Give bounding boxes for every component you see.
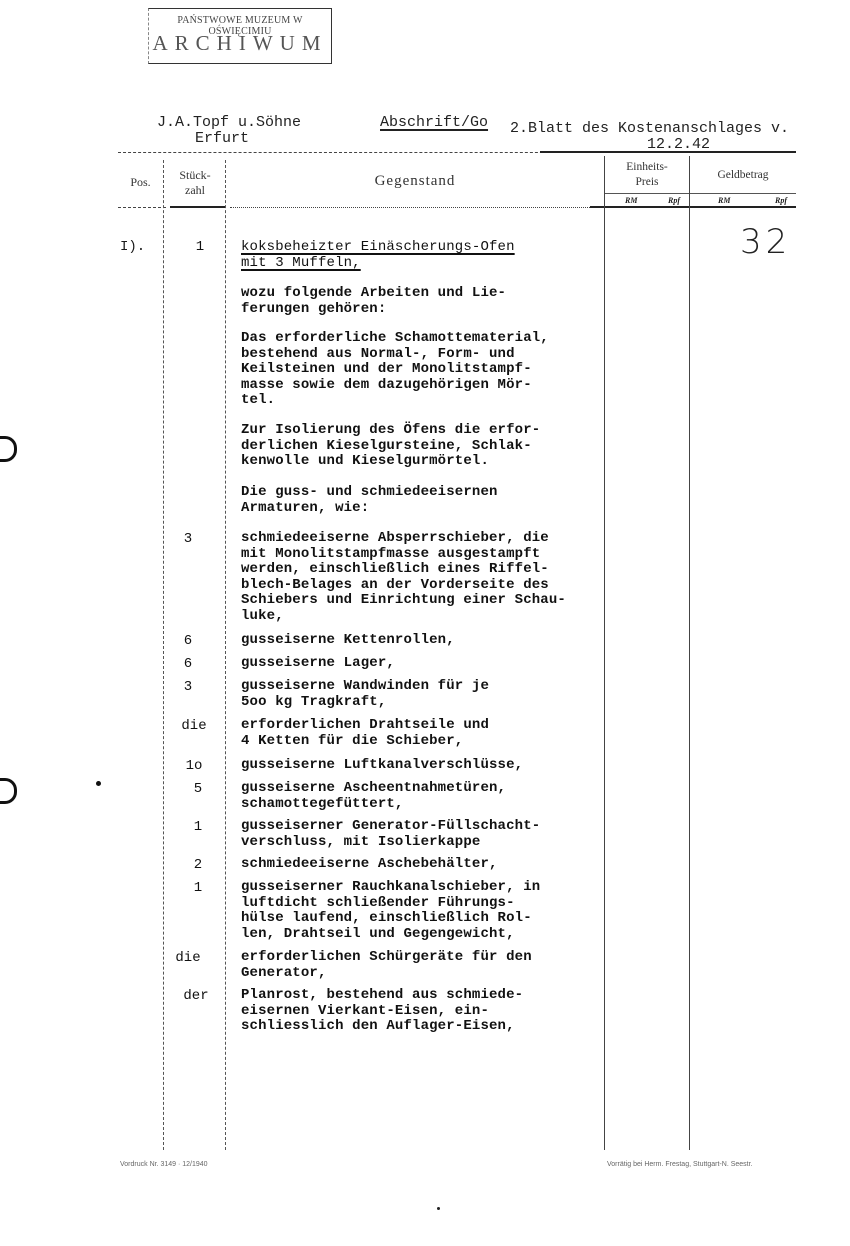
row-qty: 5 [170, 781, 226, 797]
row-qty: 1 [172, 239, 228, 255]
unit-price-rpf: Rpf [668, 196, 680, 205]
ink-speck [437, 1207, 440, 1210]
copy-mark: Abschrift/Go [380, 114, 488, 131]
col-unit-price-header: Einheits- Preis [605, 160, 689, 190]
printer-footer: Vorrätig bei Herm. Frestag, Stuttgart-N.… [607, 1161, 753, 1168]
form-number-footer: Vordruck Nr. 3149 · 12/1940 [120, 1161, 208, 1168]
archive-stamp: PAŃSTWOWE MUZEUM W OŚWIĘCIMIU ARCHIWUM [148, 8, 332, 64]
header-rule-dashed [118, 152, 558, 153]
row-qty: die [160, 950, 216, 966]
row-qty: der [168, 988, 224, 1004]
col-divider-qty [225, 160, 226, 1150]
position-number: I). [120, 239, 145, 255]
col-item-header: Gegenstand [226, 174, 604, 189]
header-bottom-rule-qty [170, 206, 225, 208]
row-qty: 1o [166, 758, 222, 774]
row-item-text: erforderlichen Drahtseile und 4 Ketten f… [241, 718, 489, 749]
row-item-text: schmiedeeiserne Absperrschieber, die mit… [241, 531, 566, 624]
unit-price-rm: RM [625, 196, 637, 205]
row-item-main: koksbeheizter Einäscherungs-Ofen mit 3 M… [241, 240, 515, 271]
row-item-text: erforderlichen Schürgeräte für den Gener… [241, 950, 532, 981]
amount-rm: RM [718, 196, 730, 205]
row-item-text: gusseiserne Luftkanalverschlüsse, [241, 758, 523, 774]
row-qty: 1 [170, 819, 226, 835]
row-item-text: wozu folgende Arbeiten und Lie- ferungen… [241, 286, 506, 317]
col-qty-line2: zahl [165, 183, 225, 198]
row-qty: 6 [160, 633, 216, 649]
row-item-text: Zur Isolierung des Öfens die erfor- derl… [241, 423, 540, 470]
col-pos-header: Pos. [118, 175, 163, 190]
row-item-text: gusseiserne Wandwinden für je 5oo kg Tra… [241, 679, 489, 710]
ink-speck [96, 781, 101, 786]
row-item-text: gusseiserne Ascheentnahmetüren, schamott… [241, 781, 506, 812]
col-divider-pos [163, 160, 164, 1150]
sheet-title: 2.Blatt des Kostenanschlages v. [510, 120, 789, 137]
row-item-text: gusseiserner Rauchkanalschieber, in luft… [241, 880, 540, 942]
header-bottom-rule-item [230, 207, 604, 208]
row-item-text: Die guss- und schmiedeeisernen Armaturen… [241, 485, 498, 516]
row-item-text: gusseiserne Kettenrollen, [241, 633, 455, 649]
amount-rpf: Rpf [775, 196, 787, 205]
punch-hole-mark [0, 778, 17, 804]
row-qty: 3 [160, 531, 216, 547]
row-item-text: gusseiserner Generator-Füllschacht- vers… [241, 819, 540, 850]
company-name: J.A.Topf u.Söhne [157, 114, 301, 131]
row-qty: 2 [170, 857, 226, 873]
col-qty-header: Stück- zahl [165, 168, 225, 198]
col-divider-item [604, 156, 605, 1150]
row-item-text: gusseiserne Lager, [241, 656, 395, 672]
col-amount-header: Geldbetrag [690, 168, 796, 183]
header-bottom-rule-prices [590, 206, 796, 208]
col-unit-price-line2: Preis [605, 175, 689, 190]
punch-hole-mark [0, 436, 17, 462]
row-qty: 3 [160, 679, 216, 695]
col-divider-unit-price [689, 156, 690, 1150]
company-city: Erfurt [195, 130, 249, 147]
row-qty: 1 [170, 880, 226, 896]
handwritten-number: 32 [740, 222, 791, 262]
stamp-archive-label: ARCHIWUM [149, 31, 331, 56]
row-item-text: Planrost, bestehend aus schmiede- eisern… [241, 988, 523, 1035]
col-qty-line1: Stück- [165, 168, 225, 183]
row-item-text: Das erforderliche Schamottematerial, bes… [241, 331, 549, 409]
col-unit-price-line1: Einheits- [605, 160, 689, 175]
row-qty: die [166, 718, 222, 734]
row-item-text: schmiedeeiserne Aschebehälter, [241, 857, 498, 873]
currency-subheader-rule [605, 193, 796, 194]
header-rule-solid [540, 151, 796, 153]
row-qty: 6 [160, 656, 216, 672]
header-bottom-rule-pos [118, 207, 166, 208]
